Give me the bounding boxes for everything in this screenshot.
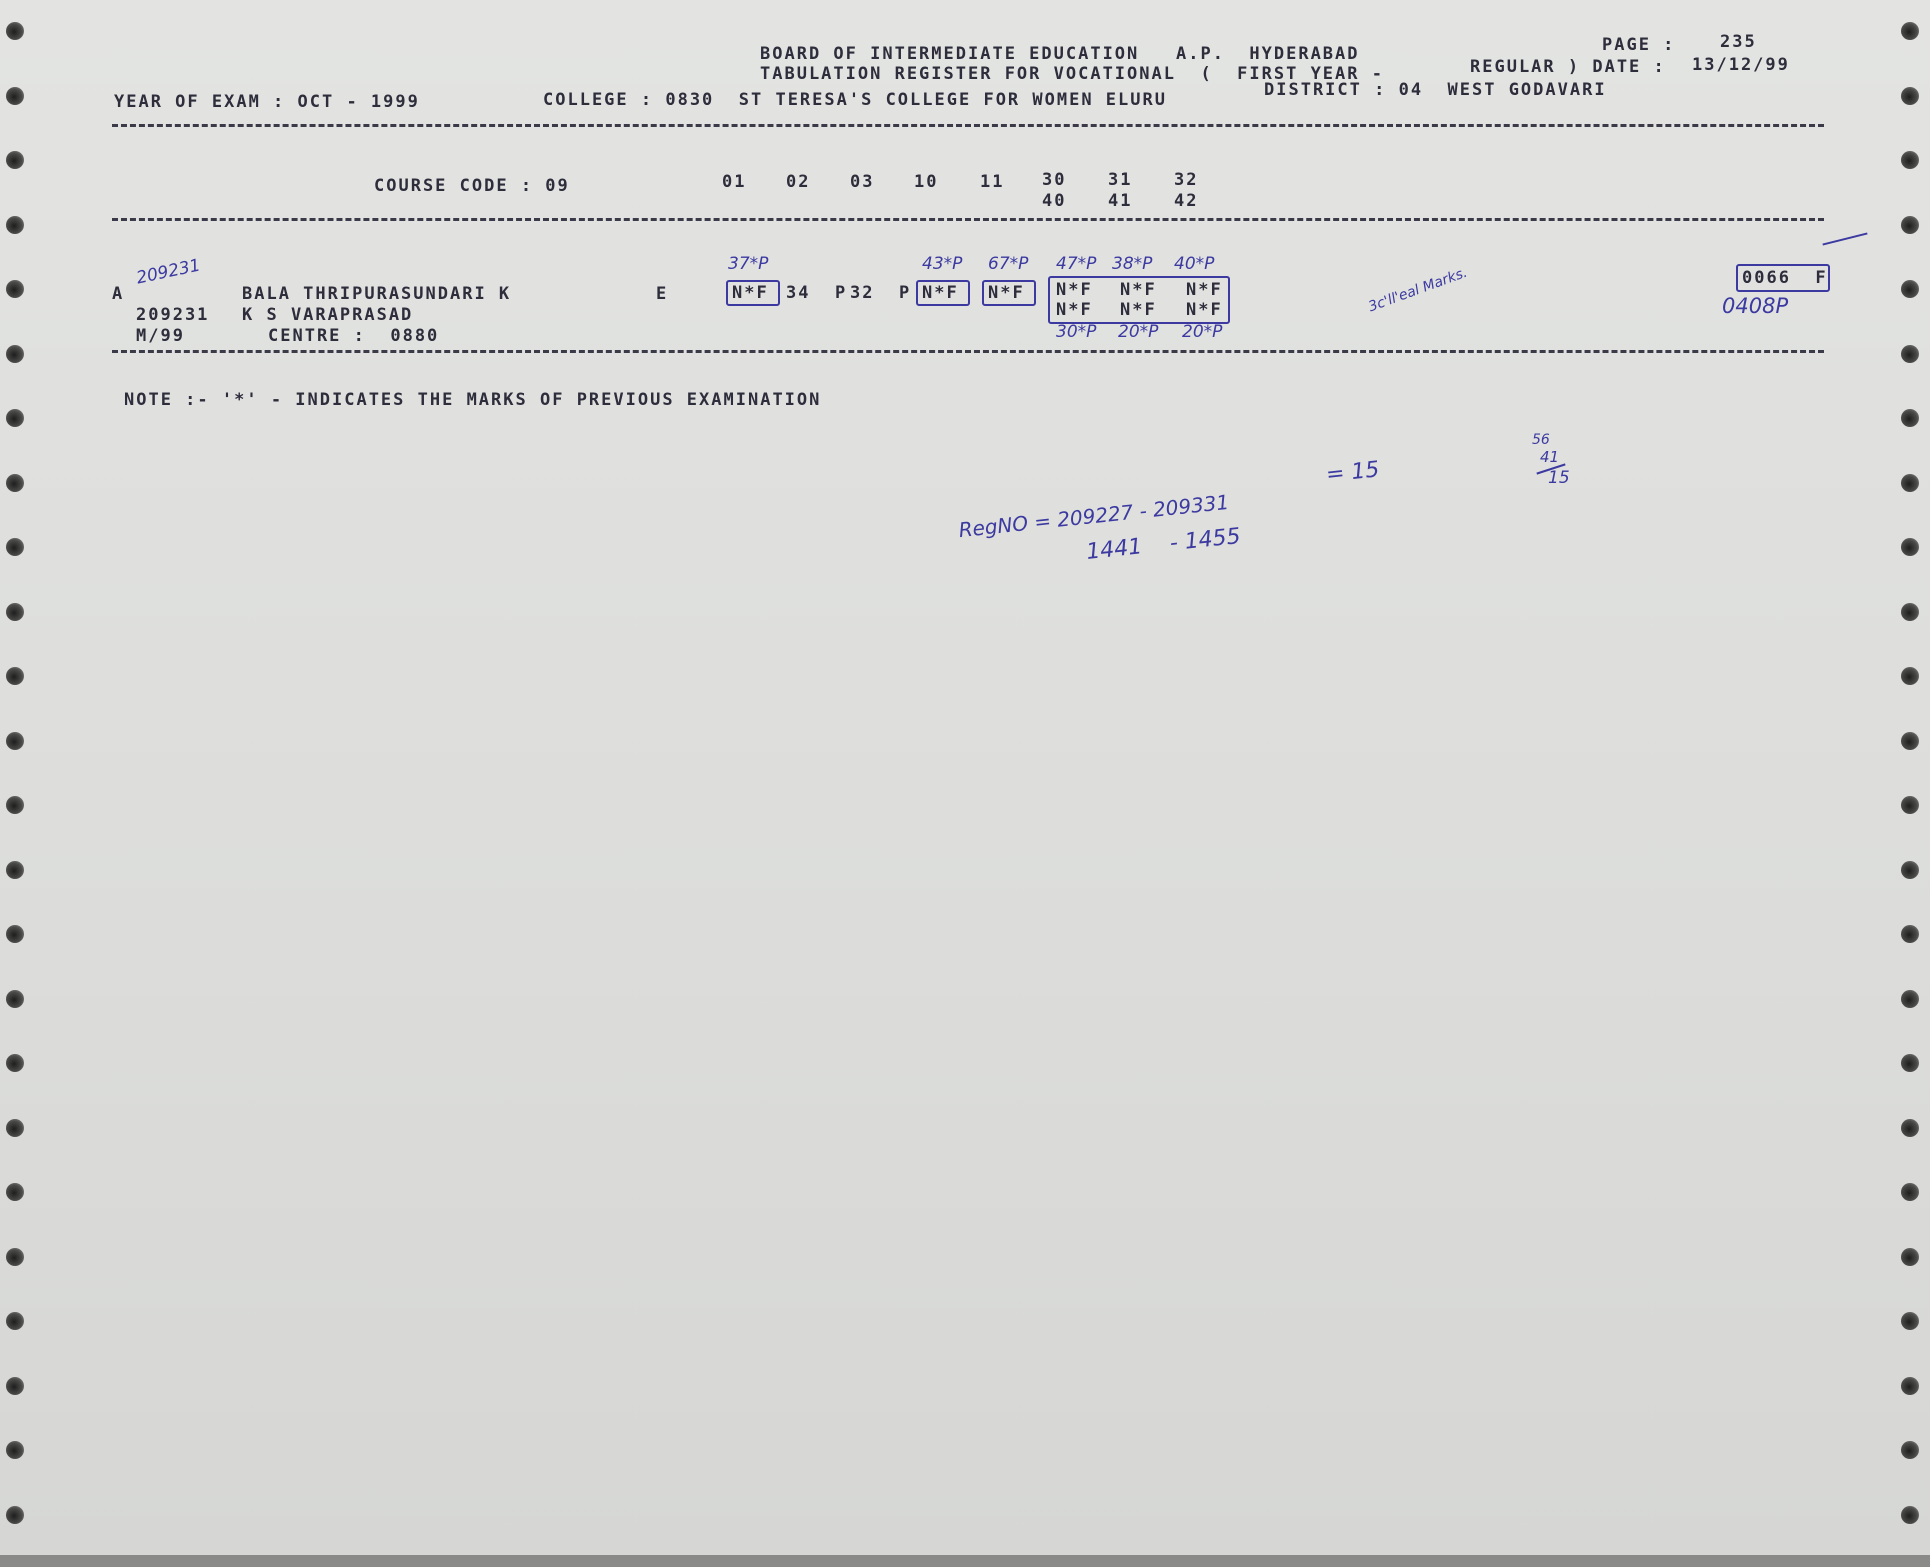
feed-hole bbox=[1901, 1119, 1919, 1137]
feed-hole bbox=[1901, 861, 1919, 879]
reg-number: 209231 bbox=[136, 305, 209, 325]
handwritten-regno-count: = 15 bbox=[1325, 457, 1381, 487]
feed-hole bbox=[6, 1119, 24, 1137]
feed-hole bbox=[1901, 990, 1919, 1008]
handwritten-reg-no: 209231 bbox=[135, 255, 203, 288]
feed-hole bbox=[6, 538, 24, 556]
student-name: BALA THRIPURASUNDARI K bbox=[242, 284, 511, 304]
course-code: COURSE CODE : 09 bbox=[374, 176, 570, 196]
handwritten-prev-mark-32: 40*P bbox=[1174, 254, 1214, 274]
handwritten-prev-mark-31: 38*P bbox=[1112, 254, 1152, 274]
handwritten-prev-mark-42: 20*P bbox=[1182, 322, 1222, 342]
separator-line bbox=[112, 218, 1824, 221]
tabulation-register-sheet: BOARD OF INTERMEDIATE EDUCATION A.P. HYD… bbox=[0, 0, 1930, 1555]
handwritten-prev-mark-40: 30*P bbox=[1056, 322, 1096, 342]
exam-type-date-label: REGULAR ) DATE : bbox=[1470, 57, 1666, 77]
subject-code-30: 30 bbox=[1042, 170, 1066, 190]
subject-code-10: 10 bbox=[914, 172, 938, 192]
feed-hole bbox=[6, 1312, 24, 1330]
left-tractor-feed-holes bbox=[0, 0, 30, 1555]
feed-hole bbox=[6, 732, 24, 750]
feed-hole bbox=[1901, 732, 1919, 750]
handwritten-total-corrected: 0408P bbox=[1722, 294, 1788, 318]
feed-hole bbox=[1901, 796, 1919, 814]
feed-hole bbox=[1901, 345, 1919, 363]
father-name: K S VARAPRASAD bbox=[242, 305, 413, 325]
handwritten-box-mark-01 bbox=[726, 280, 780, 306]
handwritten-tally-top: 56 bbox=[1532, 432, 1550, 448]
feed-hole bbox=[6, 1183, 24, 1201]
feed-hole bbox=[6, 925, 24, 943]
feed-hole bbox=[1901, 667, 1919, 685]
feed-hole bbox=[6, 216, 24, 234]
feed-hole bbox=[1901, 1312, 1919, 1330]
mark-02: 34 P bbox=[786, 283, 847, 303]
handwritten-tally-result: 15 bbox=[1548, 468, 1570, 488]
feed-hole bbox=[1901, 87, 1919, 105]
subject-code-11: 11 bbox=[980, 172, 1004, 192]
record-prefix: A bbox=[112, 284, 124, 304]
handwritten-box-mark-10 bbox=[916, 280, 970, 306]
right-tractor-feed-holes bbox=[1900, 0, 1930, 1555]
feed-hole bbox=[1901, 538, 1919, 556]
month-year: M/99 bbox=[136, 326, 185, 346]
year-of-exam: YEAR OF EXAM : OCT - 1999 bbox=[114, 92, 420, 112]
feed-hole bbox=[1901, 1377, 1919, 1395]
feed-hole bbox=[6, 151, 24, 169]
handwritten-prev-mark-01: 37*P bbox=[728, 254, 768, 274]
separator-line bbox=[112, 350, 1824, 353]
feed-hole bbox=[6, 1377, 24, 1395]
handwritten-prev-mark-10: 43*P bbox=[922, 254, 962, 274]
subject-code-42: 42 bbox=[1174, 191, 1198, 211]
subject-code-02: 02 bbox=[786, 172, 810, 192]
subject-code-31: 31 bbox=[1108, 170, 1132, 190]
page-number: 235 bbox=[1720, 32, 1757, 52]
subject-code-32: 32 bbox=[1174, 170, 1198, 190]
handwritten-prev-mark-30: 47*P bbox=[1056, 254, 1096, 274]
handwritten-tally-mid: 41 bbox=[1540, 448, 1559, 466]
feed-hole bbox=[1901, 1506, 1919, 1524]
subject-code-03: 03 bbox=[850, 172, 874, 192]
feed-hole bbox=[1901, 151, 1919, 169]
feed-hole bbox=[1901, 1183, 1919, 1201]
medium: E bbox=[656, 284, 668, 304]
handwritten-box-mark-11 bbox=[982, 280, 1036, 306]
feed-hole bbox=[6, 796, 24, 814]
mark-03: 32 P bbox=[850, 283, 911, 303]
sheet-bottom-edge bbox=[0, 1555, 1930, 1567]
feed-hole bbox=[6, 1506, 24, 1524]
feed-hole bbox=[1901, 216, 1919, 234]
feed-hole bbox=[1901, 409, 1919, 427]
feed-hole bbox=[1901, 1248, 1919, 1266]
feed-hole bbox=[6, 1441, 24, 1459]
handwritten-serial-range: 1441 - 1455 bbox=[1085, 524, 1242, 565]
feed-hole bbox=[6, 409, 24, 427]
handwritten-prev-mark-41: 20*P bbox=[1118, 322, 1158, 342]
feed-hole bbox=[1901, 1054, 1919, 1072]
handwritten-box-total bbox=[1736, 264, 1830, 292]
feed-hole bbox=[6, 1054, 24, 1072]
college-info: COLLEGE : 0830 ST TERESA'S COLLEGE FOR W… bbox=[543, 90, 1167, 110]
subject-code-40: 40 bbox=[1042, 191, 1066, 211]
feed-hole bbox=[6, 280, 24, 298]
feed-hole bbox=[1901, 280, 1919, 298]
subject-code-41: 41 bbox=[1108, 191, 1132, 211]
separator-line bbox=[112, 124, 1824, 127]
feed-hole bbox=[6, 667, 24, 685]
feed-hole bbox=[6, 22, 24, 40]
feed-hole bbox=[6, 345, 24, 363]
subject-code-01: 01 bbox=[722, 172, 746, 192]
feed-hole bbox=[6, 87, 24, 105]
feed-hole bbox=[6, 990, 24, 1008]
centre-code: CENTRE : 0880 bbox=[268, 326, 439, 346]
note-text: NOTE :- '*' - INDICATES THE MARKS OF PRE… bbox=[124, 390, 821, 410]
feed-hole bbox=[6, 861, 24, 879]
handwritten-box-group-marks bbox=[1048, 276, 1230, 324]
print-date: 13/12/99 bbox=[1692, 55, 1790, 75]
feed-hole bbox=[1901, 22, 1919, 40]
feed-hole bbox=[1901, 925, 1919, 943]
feed-hole bbox=[1901, 474, 1919, 492]
handwritten-prev-mark-11: 67*P bbox=[988, 254, 1028, 274]
handwritten-remark: 3c'll'eal Marks. bbox=[1366, 265, 1469, 316]
feed-hole bbox=[1901, 603, 1919, 621]
page-label: PAGE : bbox=[1602, 35, 1675, 55]
district-info: DISTRICT : 04 WEST GODAVARI bbox=[1264, 80, 1607, 100]
feed-hole bbox=[6, 1248, 24, 1266]
handwritten-stroke bbox=[1822, 232, 1867, 245]
board-title: BOARD OF INTERMEDIATE EDUCATION A.P. HYD… bbox=[760, 44, 1360, 64]
feed-hole bbox=[6, 474, 24, 492]
feed-hole bbox=[1901, 1441, 1919, 1459]
feed-hole bbox=[6, 603, 24, 621]
